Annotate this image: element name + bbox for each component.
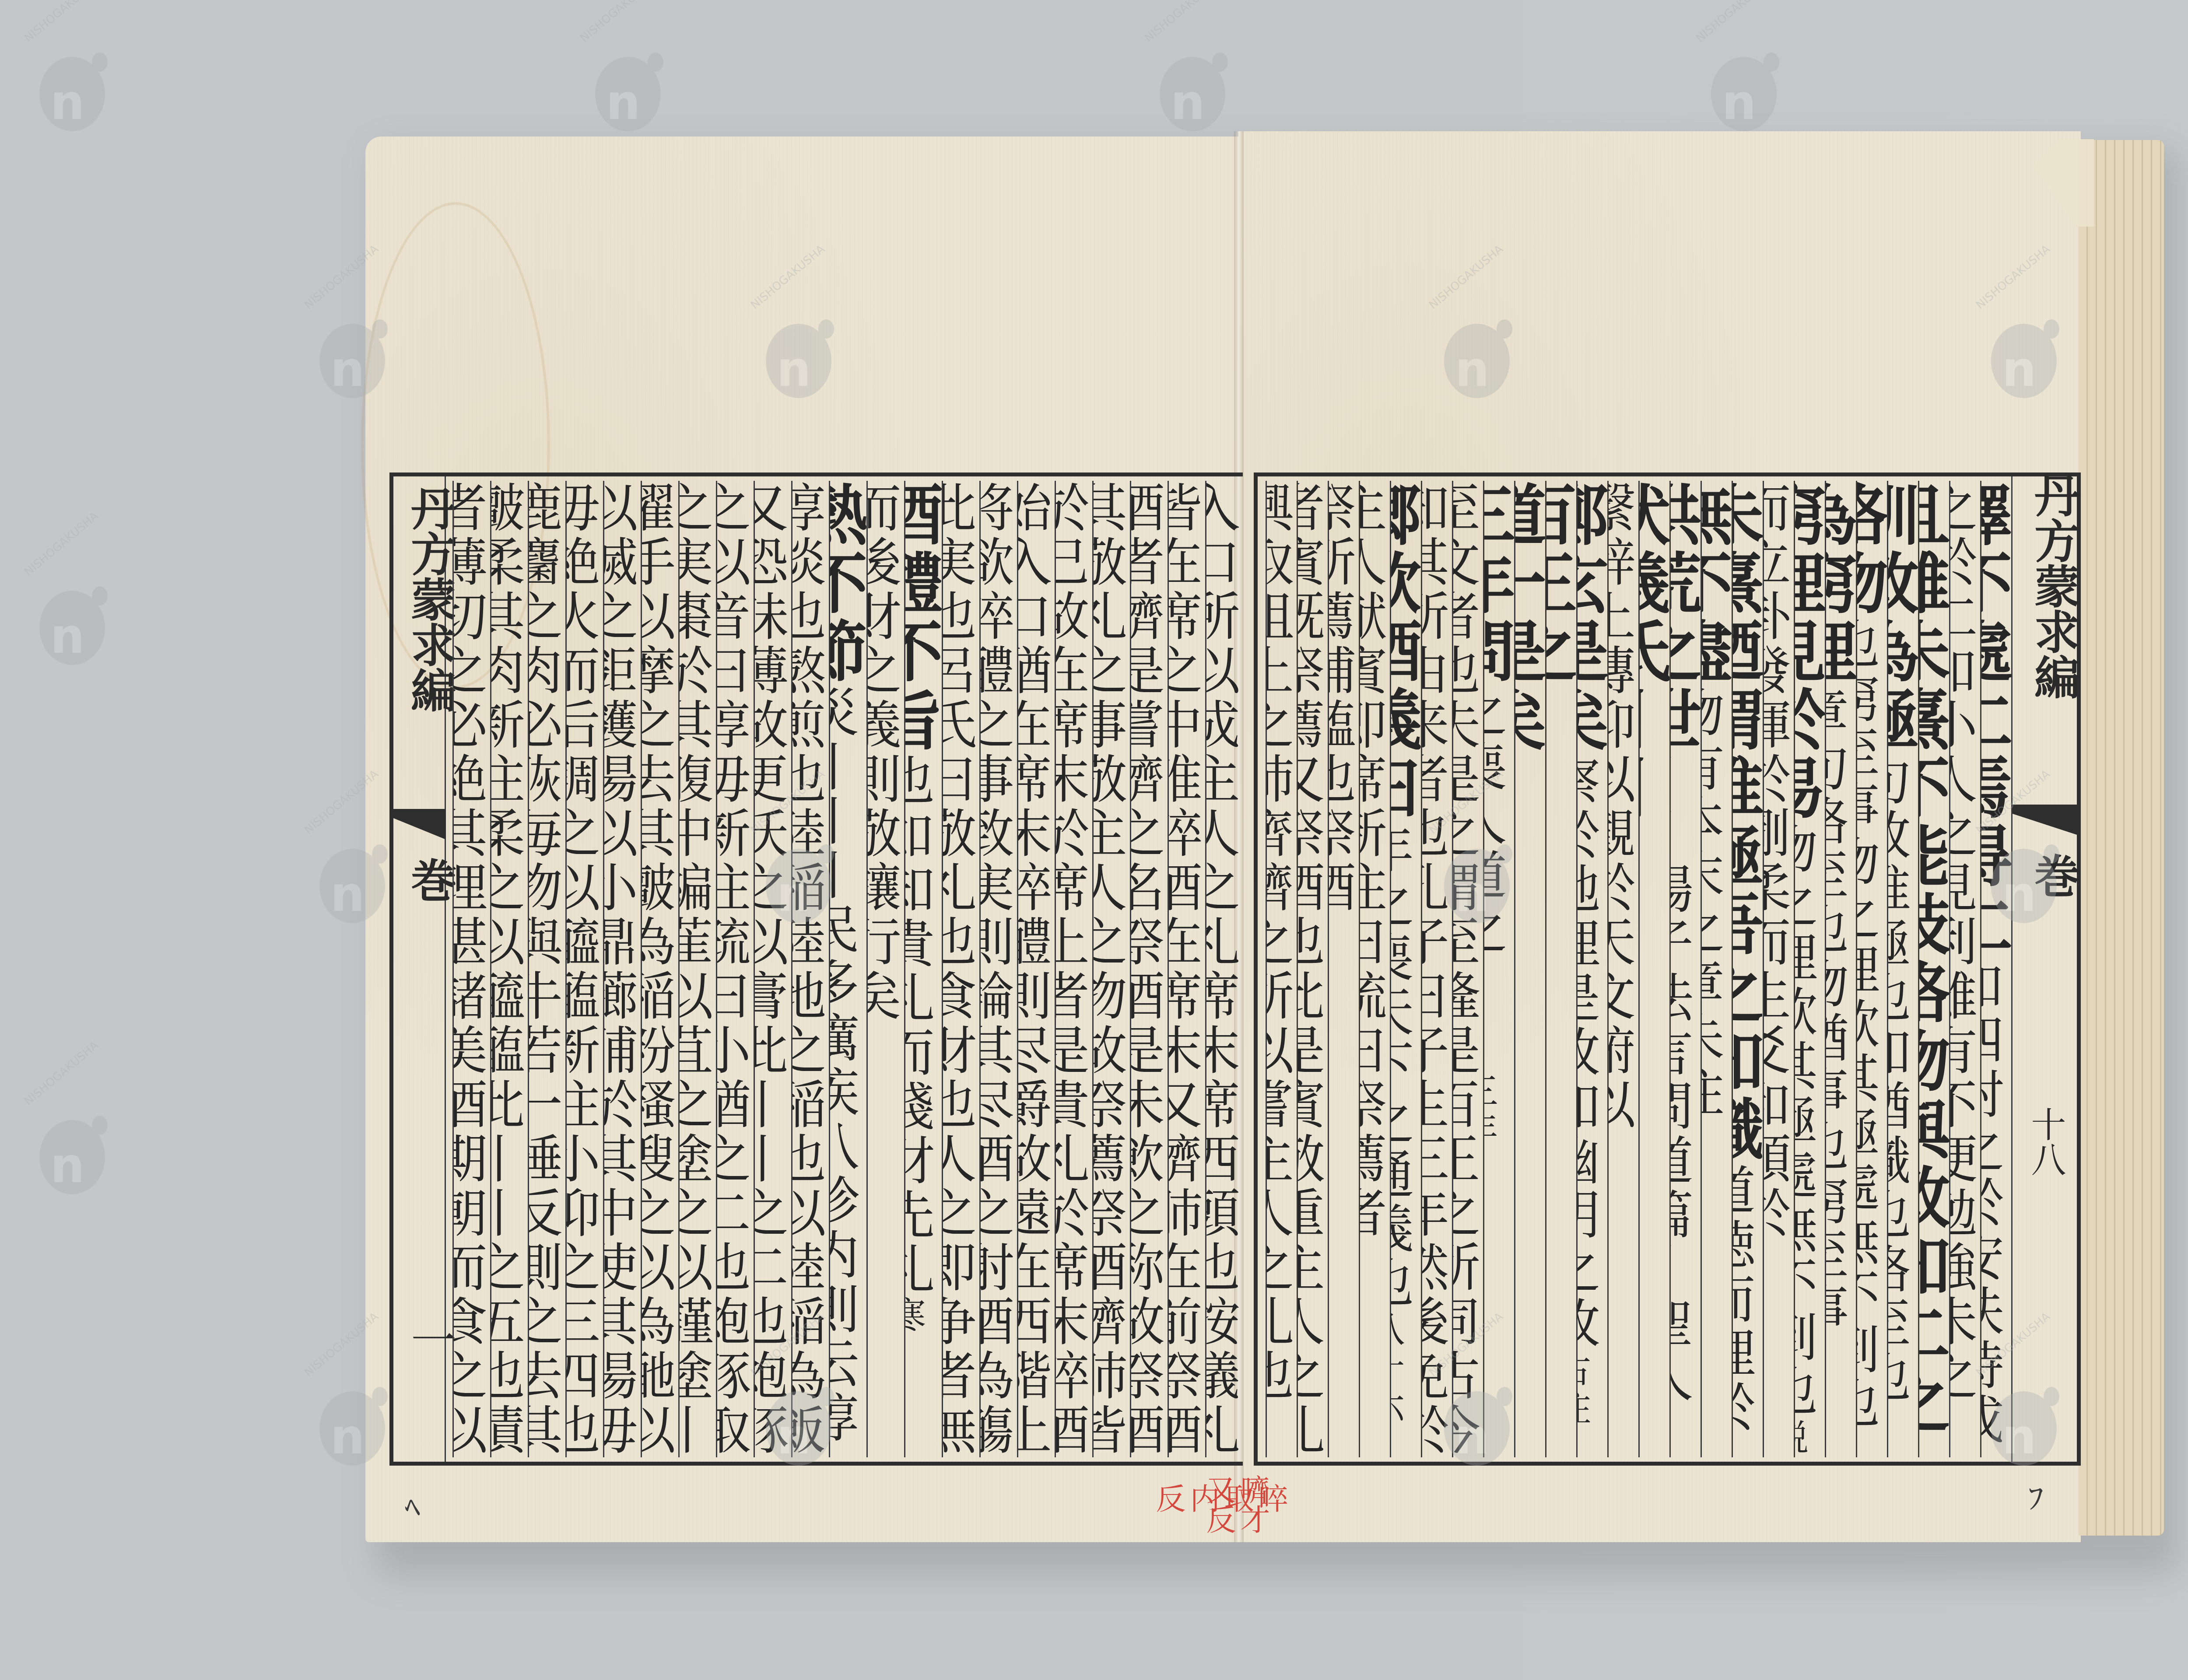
right-hashira-title: 丹方蒙求編 xyxy=(2020,472,2086,700)
column-big-text: 郷飲酒義曰 xyxy=(1390,481,1421,822)
text-column: 者賓既祭薦又祭酒也此是賓敬重主人之礼也啐謂飲主人酒而 xyxy=(1297,481,1328,1457)
column-main-text: 之実棗於其腹中編萑以苴之塗之以謹塗丨之塗皆乾擘之 xyxy=(678,481,713,1457)
text-column: 知其所由来者也孔子曰子生三年然後免於父母之懐夫三 xyxy=(1421,481,1452,1457)
column-main-text: 其敬礼之事敬主人之物故祭薦祭酒嚌肺皆在席中啐酒入 xyxy=(1092,481,1127,1457)
text-column: 興取俎上之肺齊嚌之所以嘗主人之礼也 xyxy=(1266,481,1297,1457)
column-main-text: 此実也呂氏曰敬礼也食財也人之即争者無礼而志於財 xyxy=(942,481,977,1457)
left-hashira: 丹方蒙求編 巻 一 xyxy=(393,476,446,1462)
text-column: 郷飲酒義曰年之喪天下之通義也八十六字全文 xyxy=(1390,481,1421,1457)
column-main-text: 主人献賓即席新注曰疏曰祭薦者 xyxy=(1359,481,1387,1240)
column-big-text: 洪荒之世 xyxy=(1669,481,1701,754)
text-column: 窮理見於易物之理欲其極處無不到也説卦傳観變於陰陽 xyxy=(1794,481,1825,1457)
text-column: 祭所薦脯醢也祭酒 xyxy=(1328,481,1359,1457)
text-column: 入口所以成主人之礼席末席西頭也按儀礼祭薦祭酒嚌肺 xyxy=(1205,481,1243,1457)
column-main-text: 之以音曰淳毋新注疏曰小猶之二也炮豚取豚若将刲之刻 xyxy=(716,481,751,1457)
column-big-text: 擇不處仁焉得仁 xyxy=(1980,481,2011,959)
column-main-text: 年之喪天下之通義也 xyxy=(1390,822,1414,1310)
column-main-text: 章句格至也物猶事也窮至事 xyxy=(1825,686,1849,1337)
column-main-text: 淳淡也熬煎也陸稲陸地之稲也以陸稲為飯煎醢加于飯上沃 xyxy=(791,481,826,1457)
left-text-columns: 入口所以成主人之礼席末席西頭也按儀礼祭薦祭酒嚌肺皆在席之中唯啐酒在席末又嚌肺在前… xyxy=(446,481,1243,1457)
left-page-print-frame: 丹方蒙求編 巻 一 入口所以成主人之礼席末席西頭也按儀礼祭薦祭酒嚌肺皆在席之中唯… xyxy=(389,472,1243,1466)
nishogakusha-watermark-icon: nNISHOGAKUSHA xyxy=(1147,39,1238,136)
ink-smudge: ﾍ xyxy=(405,1483,420,1527)
column-main-text: 而後財之義則敬讓行矣 xyxy=(866,481,901,1023)
fishtail-mark-icon xyxy=(2013,805,2078,835)
red-handwritten-annotation-2: 啐取内反 xyxy=(1151,1483,1287,1542)
nishogakusha-watermark-icon: nNISHOGAKUSHA xyxy=(26,1102,118,1199)
column-main-text: 酒者嚌是嘗嚌之名祭酒是未飲之称故祭酒與祭薦相連表 xyxy=(1130,481,1165,1457)
column-main-text: 於己故在席末於席上者是貴礼於席末啐酒是賤財也啐絶 xyxy=(1055,481,1090,1457)
column-main-text: 之喪人道之 xyxy=(1483,686,1507,957)
text-column: 之実棗於其腹中編萑以苴之塗之以謹塗丨之塗皆乾擘之 xyxy=(678,481,716,1457)
column-big-text: 伏羲氏丨丨 xyxy=(1638,481,1669,822)
text-column: 且雖朱熹不能岐格物與致知二之致知在格物章里仁篇微里訓居荀能居仁袈美臻 xyxy=(1918,481,1949,1457)
column-main-text: 又恐味薄故更沃之以膏此丨丨之二也炮豚取豚若將刲之刻 xyxy=(754,481,789,1457)
text-column: 以滅之鉅鑊湯以小鼎薌脯於其中使其湯毋滅鼎三日三夜 xyxy=(603,481,641,1457)
text-column: 濯手以摩之去其皽為稲粉糔溲之以為酏以付豚煎諸膏丶 xyxy=(641,481,678,1457)
column-big-text: 且雖朱熹不能岐格物與致知二之 xyxy=(1918,481,1949,1436)
text-column: 格物也窮至事物之理欲其極處無不到也 xyxy=(1856,481,1887,1457)
column-main-text: 皆在席之中唯啐酒在席末又嚌肺在前祭酒在後此先云祭 xyxy=(1168,481,1203,1457)
right-hashira-chapter: 巻 xyxy=(2020,853,2086,898)
text-column: 熱不節災丨丨丨民多癘疾八珍内則云淳熬煎醢加于陸稲上沃之以膏曰淳熬新月令行夏令則国… xyxy=(829,481,866,1457)
nishogakusha-watermark-icon: nNISHOGAKUSHA xyxy=(26,573,118,669)
column-main-text: 始入口猶在席末啐醴則尽爵故遠在西階上云啐醴者論其 xyxy=(1017,481,1052,1457)
text-column: 皆在席之中唯啐酒在席末又嚌肺在前祭酒在後此先云祭 xyxy=(1168,481,1205,1457)
page-stack-fore-edge xyxy=(2079,140,2164,1536)
column-main-text: 者賓既祭薦又祭酒也此是賓敬重主人之礼也啐謂飲主人酒而 xyxy=(1297,481,1325,1457)
text-column: 鄭玄是矣察於地理是故知幽明之故古注丨丨壹是專行是也 xyxy=(1576,481,1607,1457)
right-text-columns: 擇不處仁焉得仁如四射之於安佚時或離之輙復思之知者之於仁如小人之見利雖有不便勉強未… xyxy=(1258,481,2011,1457)
column-big-text: 朱熹廼謂推極吾之知識 xyxy=(1732,481,1763,1163)
right-page-print-frame: 擇不處仁焉得仁如四射之於安佚時或離之輙復思之知者之於仁如小人之見利雖有不便勉強未… xyxy=(1254,472,2081,1466)
text-column: 将欲啐醴之事致実則論其尽酒之射酒為觴中之実今致尽 xyxy=(979,481,1017,1457)
text-column: 毋絶火而后調之以醯醢新注小仰之三四也擣珍取牛羊麋 xyxy=(565,481,603,1457)
right-hashira-page-number: 十八 xyxy=(2020,1106,2071,1176)
column-main-text: 知其所由来者也孔子曰子生三年然後免於父母之懐夫三 xyxy=(1421,481,1449,1457)
column-big-text: 三年問 xyxy=(1483,481,1514,686)
column-main-text: 也如知貴礼而賤財先礼 xyxy=(904,754,935,1296)
text-column: 訓致為極句致推極也知猶識也格至也物猶事也推極也章句致 xyxy=(1887,481,1918,1457)
text-column: 其敬礼之事敬主人之物故祭薦祭酒嚌肺皆在席中啐酒入 xyxy=(1092,481,1130,1457)
text-column: 於己故在席末於席上者是貴礼於席末啐酒是賤財也啐絶 xyxy=(1055,481,1092,1457)
text-column: 為窮理章句格至也物猶事也窮至事 xyxy=(1825,481,1856,1457)
column-main-text: 祭所薦脯醢也祭酒 xyxy=(1328,481,1356,915)
column-main-text: 也窮至事物之理欲其極處無不到也 xyxy=(1856,617,1880,1431)
text-column: 道一是矣 xyxy=(1514,481,1545,1457)
column-big-text: 道一是矣 xyxy=(1514,481,1545,754)
text-column: 酒者嚌是嘗嚌之名祭酒是未飲之称故祭酒與祭薦相連表 xyxy=(1130,481,1168,1457)
text-column: 者薄切之必絶其理湛諸美酒期朝而食之以醢若醯醷新注 xyxy=(452,481,490,1457)
column-main-text: 而立卦發揮於剛柔而生爻和順於 xyxy=(1763,481,1791,1240)
column-big-text: 格物 xyxy=(1856,481,1887,617)
column-main-text: 物之理欲其極處無不到也 xyxy=(1794,822,1818,1419)
text-column: 而後財之義則敬讓行矣 xyxy=(866,481,904,1457)
column-big-text: 訓致為極 xyxy=(1887,481,1918,754)
column-small-text: 寒 xyxy=(904,1296,926,1335)
column-main-text: 物有本末之章朱注 xyxy=(1701,686,1725,1120)
column-big-text: 酒醴不旨 xyxy=(904,481,942,754)
text-column: 而立卦發揮於剛柔而生爻和順於 xyxy=(1763,481,1794,1457)
nishogakusha-watermark-icon: nNISHOGAKUSHA xyxy=(582,39,674,136)
column-main-text: 皽柔其肉新注柔之以醯醢此丨丨之五也漬取牛肉必新殺 xyxy=(490,481,525,1457)
text-column: 至文者也夫是之謂至隆是百王之所同古今之所一也未有 xyxy=(1452,481,1483,1457)
column-main-text: 濯手以摩之去其皽為稲粉糔溲之以為酏以付豚煎諸膏丶 xyxy=(641,481,676,1457)
column-main-text: 鹿麕之肉必脄毎物與牛若一捶反側之去其餌熟出之去其 xyxy=(528,481,563,1457)
text-column: 主人献賓即席新注曰疏曰祭薦者 xyxy=(1359,481,1390,1457)
right-hashira: 丹方蒙求編 巻 十八 xyxy=(2011,476,2077,1462)
column-main-text: 之於仁如小人之見利雖有不便勉強未之 xyxy=(1949,481,1978,1403)
text-column: 擇不處仁焉得仁如四射之於安佚時或離之輙復思之知者 xyxy=(1980,481,2011,1457)
column-main-text: 興取俎上之肺齊嚌之所以嘗主人之礼也 xyxy=(1266,481,1294,1403)
column-main-text: 至文者也夫是之謂至隆是百王之所同古今之所一也未有 xyxy=(1452,481,1480,1457)
column-main-text: 以滅之鉅鑊湯以小鼎薌脯於其中使其湯毋滅鼎三日三夜 xyxy=(603,481,638,1457)
text-column: 百王之 xyxy=(1545,481,1576,1457)
text-column: 又恐味薄故更沃之以膏此丨丨之二也炮豚取豚若將刲之刻 xyxy=(754,481,791,1457)
text-column: 三年問之喪人道之丨丨丨三年 xyxy=(1483,481,1514,1457)
column-big-text: 無不盡 xyxy=(1701,481,1732,686)
column-main-text: 者薄切之必絶其理湛諸美酒期朝而食之以醢若醯醷新注 xyxy=(452,481,487,1457)
text-column: 之於仁如小人之見利雖有不便勉強未之 xyxy=(1949,481,1980,1457)
nishogakusha-watermark-icon: nNISHOGAKUSHA xyxy=(26,39,118,136)
ink-smudge: ﾌ xyxy=(2028,1474,2044,1519)
text-column: 此実也呂氏曰敬礼也食財也人之即争者無礼而志於財 xyxy=(942,481,979,1457)
column-main-text: 将欲啐醴之事致実則論其尽酒之射酒為觴中之実今致尽 xyxy=(979,481,1014,1457)
text-column: 朱熹廼謂推極吾之知識道徳而理於義窮理尽性以至於命 xyxy=(1732,481,1763,1457)
column-big-text: 鄭玄是矣 xyxy=(1576,481,1607,754)
column-big-text: 為窮理 xyxy=(1825,481,1856,686)
column-main-text: 入口所以成主人之礼席末席西頭也按儀礼祭薦祭酒嚌肺 xyxy=(1205,481,1240,1457)
text-column: 之以音曰淳毋新注疏曰小猶之二也炮豚取豚若将刲之刻 xyxy=(716,481,754,1457)
column-main-text: 繫辞上傳仰以観於天文俯以 xyxy=(1607,481,1636,1132)
text-column: 繫辞上傳仰以観於天文俯以 xyxy=(1607,481,1638,1457)
text-column: 鹿麕之肉必脄毎物與牛若一捶反側之去其餌熟出之去其 xyxy=(528,481,565,1457)
text-column: 無不盡物有本末之章朱注 xyxy=(1701,481,1732,1457)
open-book: 丹方蒙求編 巻 一 入口所以成主人之礼席末席西頭也按儀礼祭薦祭酒嚌肺皆在席之中唯… xyxy=(365,131,2164,1542)
text-column: 洪荒之世丨丨揚子法言問道篇丨聖人悪之 xyxy=(1669,481,1701,1457)
column-big-text: 窮理見於易 xyxy=(1794,481,1825,822)
text-column: 伏羲氏丨丨 xyxy=(1638,481,1669,1457)
column-big-text: 熱不節 xyxy=(829,481,866,686)
column-big-text: 百王之 xyxy=(1545,481,1576,686)
text-column: 酒醴不旨也如知貴礼而賤財先礼寒 xyxy=(904,481,942,1457)
column-small-text: 丨丨丨三年 xyxy=(1483,957,1498,1149)
text-column: 始入口猶在席末啐醴則尽爵故遠在西階上云啐醴者論其 xyxy=(1017,481,1055,1457)
column-main-text: 察於地理是故知幽明之故 xyxy=(1576,754,1600,1351)
column-main-text: 毋絶火而后調之以醯醢新注小仰之三四也擣珍取牛羊麋 xyxy=(565,481,600,1457)
text-column: 淳淡也熬煎也陸稲陸地之稲也以陸稲為飯煎醢加于飯上沃 xyxy=(791,481,829,1457)
fishtail-mark-icon xyxy=(393,809,446,840)
text-column: 皽柔其肉新注柔之以醯醢此丨丨之五也漬取牛肉必新殺 xyxy=(490,481,528,1457)
